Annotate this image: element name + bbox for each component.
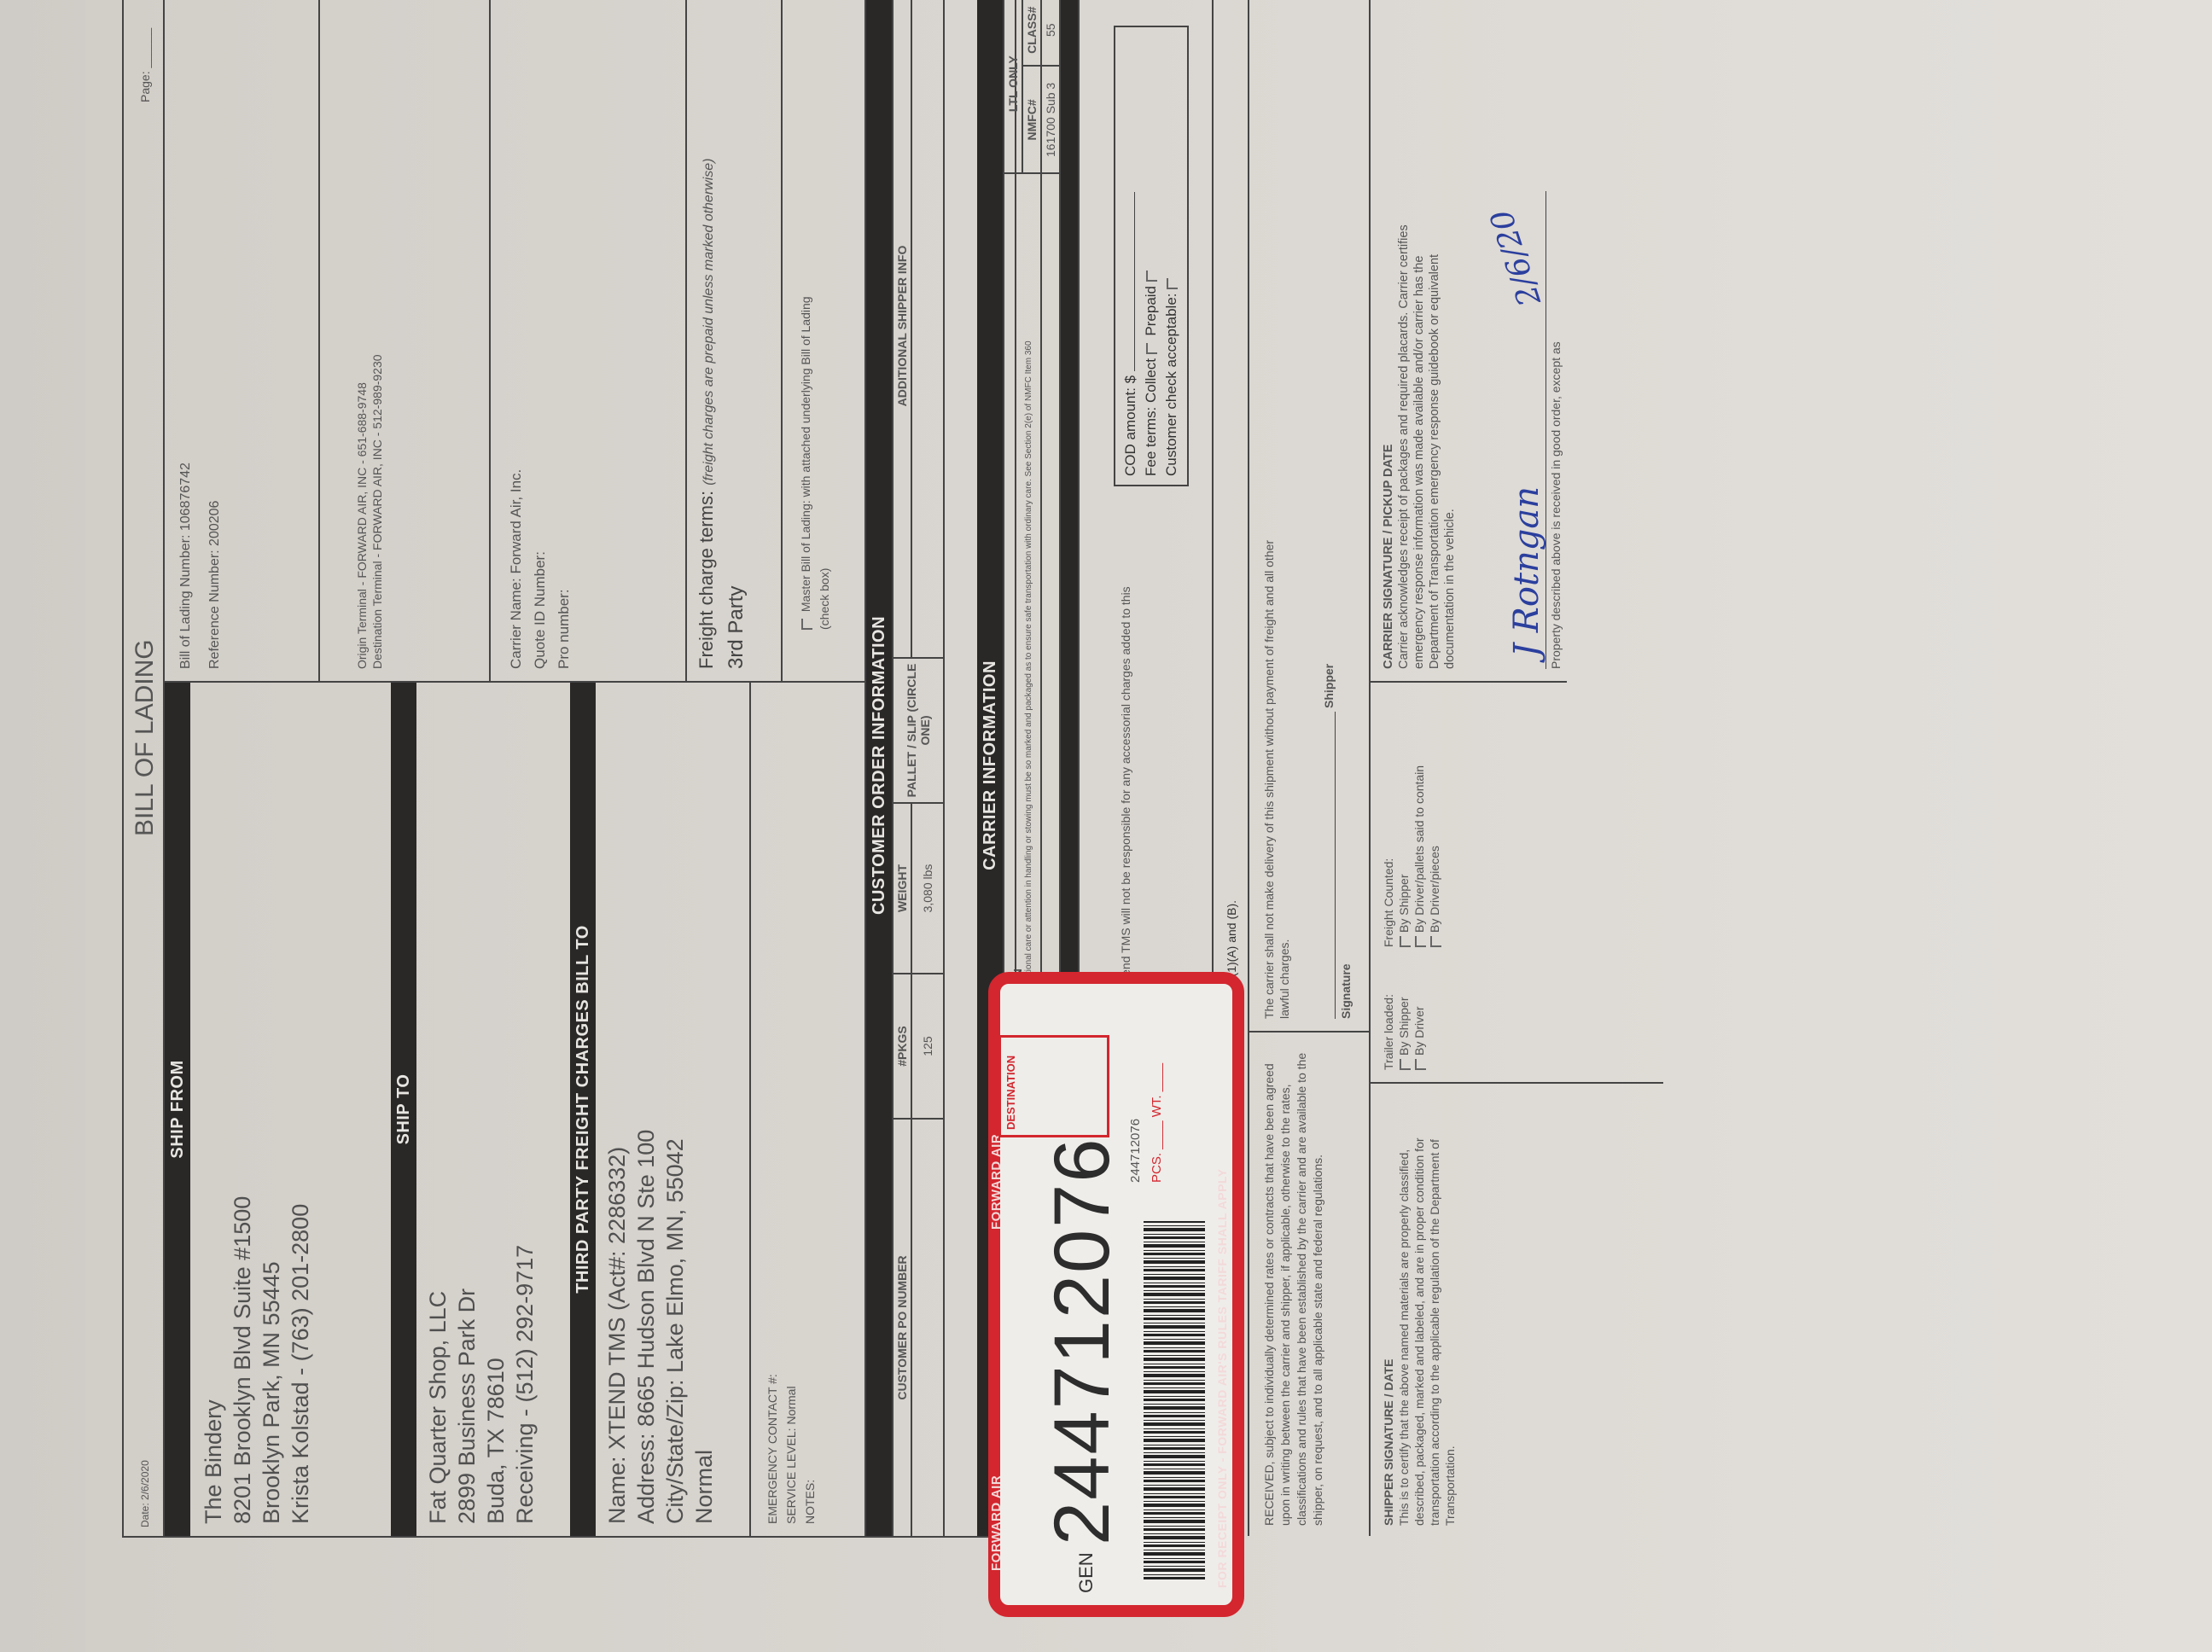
page-title: BILL OF LADING bbox=[131, 639, 160, 836]
pcs-label: PCS. bbox=[1150, 1153, 1164, 1183]
sticker-brand: FORWARD AIR bbox=[989, 1134, 1004, 1230]
terminals-section: Origin Terminal - FORWARD AIR, INC - 651… bbox=[318, 0, 489, 683]
freight-terms-section: Freight charge terms: (freight charges a… bbox=[685, 0, 864, 683]
ship-to-address: Fat Quarter Shop, LLC 2899 Business Park… bbox=[416, 683, 546, 1536]
notes-label: NOTES: bbox=[800, 1374, 819, 1524]
handwritten-signature: J Rotngan bbox=[1507, 486, 1546, 657]
third-party-line: Address: 8665 Hudson Blvd N Ste 100 bbox=[632, 695, 661, 1524]
freight-terms-value: 3rd Party bbox=[725, 586, 748, 669]
ship-from-section: SHIP FROM The Bindery 8201 Brooklyn Blvd… bbox=[165, 683, 391, 1536]
barcode bbox=[1144, 1221, 1205, 1579]
column-header: CLASS# bbox=[1022, 0, 1041, 66]
ship-to-section: SHIP TO Fat Quarter Shop, LLC 2899 Busin… bbox=[391, 683, 570, 1536]
master-bol-checkbox[interactable] bbox=[801, 619, 812, 630]
checkbox[interactable] bbox=[1415, 1059, 1426, 1070]
option-label: By Driver/pieces bbox=[1428, 846, 1441, 933]
customer-order-section: CUSTOMER ORDER INFORMATION CUSTOMER PO N… bbox=[864, 0, 958, 1536]
option-label: By Driver/pallets said to contain bbox=[1412, 765, 1426, 933]
ltl-only-header: LTL ONLY bbox=[1004, 0, 1022, 173]
tracking-number: 244712076 bbox=[1038, 1137, 1127, 1546]
third-party-line: Normal bbox=[690, 695, 719, 1524]
signature-label: Signature bbox=[1338, 963, 1353, 1019]
carrier-name: Carrier Name: Forward Air, Inc. bbox=[504, 469, 528, 669]
pallet-slip-cell[interactable]: PALLET / SLIP (CIRCLE ONE) bbox=[893, 658, 944, 803]
emergency-details: EMERGENCY CONTACT #: SERVICE LEVEL: Norm… bbox=[763, 1374, 819, 1524]
freight-terms-note: (freight charges are prepaid unless mark… bbox=[701, 159, 716, 486]
ship-to-heading: SHIP TO bbox=[391, 683, 416, 1536]
divider bbox=[1249, 1031, 1369, 1032]
carrier-signature-block: CARRIER SIGNATURE / PICKUP DATE Carrier … bbox=[1381, 191, 1458, 669]
ship-from-line: Brooklyn Park, MN 55445 bbox=[257, 695, 286, 1524]
checkbox[interactable] bbox=[1415, 936, 1426, 947]
ship-from-line: Krista Kolstad - (763) 201-2800 bbox=[286, 695, 315, 1524]
checkbox[interactable] bbox=[1400, 936, 1411, 947]
bol-number: Bill of Lading Number: 106876742 bbox=[178, 462, 194, 669]
forward-air-sticker: FORWARD AIR FORWARD AIR GEN 244712076 DE… bbox=[988, 972, 1244, 1617]
header-row: Date: 2/6/2020 BILL OF LADING Page: ____… bbox=[124, 0, 165, 1536]
option-label: By Shipper bbox=[1397, 998, 1411, 1056]
nmfc-cell: 161700 Sub 3 bbox=[1041, 66, 1060, 173]
sticker-prefix: GEN bbox=[1075, 1552, 1097, 1593]
trailer-loaded-label: Trailer loaded: bbox=[1381, 994, 1396, 1070]
third-party-section: THIRD PARTY FREIGHT CHARGES BILL TO Name… bbox=[570, 683, 749, 1536]
freight-terms-row: Freight charge terms: (freight charges a… bbox=[696, 159, 718, 670]
master-bol-row: Master Bill of Lading: with attached und… bbox=[798, 296, 832, 630]
checkbox[interactable] bbox=[1400, 1059, 1411, 1070]
origin-terminal: Origin Terminal - FORWARD AIR, INC - 651… bbox=[354, 382, 370, 669]
option-label: By Shipper bbox=[1397, 875, 1411, 933]
column-header: WEIGHT bbox=[893, 803, 911, 974]
prepaid-label: Prepaid bbox=[1143, 286, 1159, 336]
shipper-signature-block: SHIPPER SIGNATURE / DATE This is to cert… bbox=[1381, 1099, 1458, 1526]
service-level: SERVICE LEVEL: Normal bbox=[782, 1374, 800, 1524]
freight-counted-option[interactable]: By Driver/pieces bbox=[1427, 765, 1442, 947]
emergency-contact: EMERGENCY CONTACT #: bbox=[763, 1374, 782, 1524]
carrier-signature-heading: CARRIER SIGNATURE / PICKUP DATE bbox=[1381, 191, 1396, 669]
fee-terms-row: Fee terms: Collect Prepaid bbox=[1141, 36, 1161, 476]
check-box-hint: (check box) bbox=[817, 296, 832, 630]
shipper-signature-text: This is to certify that the above named … bbox=[1396, 1099, 1458, 1526]
shipper-label: Shipper bbox=[1321, 664, 1336, 708]
ship-from-line: 8201 Brooklyn Blvd Suite #1500 bbox=[228, 695, 257, 1524]
ship-to-line: Fat Quarter Shop, LLC bbox=[423, 695, 452, 1524]
received-good-order-text: Property described above is received in … bbox=[1548, 341, 1563, 669]
signature-section: SHIPPER SIGNATURE / DATE This is to cert… bbox=[1369, 0, 1663, 1536]
shipper-signature-heading: SHIPPER SIGNATURE / DATE bbox=[1381, 1099, 1396, 1526]
freight-counted-option[interactable]: By Driver/pallets said to contain bbox=[1412, 765, 1427, 947]
received-section: RECEIVED, subject to individually determ… bbox=[1249, 0, 1369, 1536]
cod-amount-row: COD amount: $ bbox=[1121, 36, 1141, 476]
wt-label: WT. bbox=[1150, 1095, 1164, 1117]
master-bol-label: Master Bill of Lading: with attached und… bbox=[799, 296, 812, 612]
divider bbox=[1371, 681, 1567, 683]
destination-terminal: Destination Terminal - FORWARD AIR, INC … bbox=[370, 354, 385, 669]
weight-cell: 3,080 lbs bbox=[911, 803, 944, 974]
destination-box: DESTINATION bbox=[998, 1035, 1109, 1137]
page-label: Page: bbox=[138, 71, 152, 102]
ship-from-line: The Bindery bbox=[199, 695, 228, 1524]
no-delivery-text: The carrier shall not make delivery of t… bbox=[1261, 507, 1292, 1019]
prepaid-checkbox[interactable] bbox=[1146, 270, 1157, 282]
option-label: By Driver bbox=[1412, 1006, 1426, 1056]
freight-terms-label: Freight charge terms: bbox=[696, 491, 717, 669]
pkgs-cell: 125 bbox=[911, 974, 944, 1119]
carrier-details: Carrier Name: Forward Air, Inc. Quote ID… bbox=[504, 469, 576, 669]
column-header: CUSTOMER PO NUMBER bbox=[893, 1119, 911, 1537]
collect-checkbox[interactable] bbox=[1146, 343, 1157, 354]
customer-order-table: CUSTOMER PO NUMBER #PKGS WEIGHT PALLET /… bbox=[892, 0, 945, 1538]
table-header-row: CUSTOMER PO NUMBER #PKGS WEIGHT PALLET /… bbox=[893, 0, 911, 1537]
ship-from-heading: SHIP FROM bbox=[165, 683, 190, 1536]
customer-check-checkbox[interactable] bbox=[1167, 278, 1178, 289]
ship-from-address: The Bindery 8201 Brooklyn Blvd Suite #15… bbox=[190, 683, 323, 1536]
freight-counted-block: Freight Counted: By Shipper By Driver/pa… bbox=[1381, 765, 1442, 947]
bol-info-section: Bill of Lading Number: 106876742 Referen… bbox=[165, 0, 318, 683]
pcs-wt-row: PCS. ____ WT. ____ bbox=[1150, 1063, 1164, 1183]
divider bbox=[1371, 1082, 1663, 1084]
trailer-loaded-block: Trailer loaded: By Shipper By Driver bbox=[1381, 994, 1427, 1070]
column-header: NMFC# bbox=[1022, 66, 1041, 173]
cod-amount-label: COD amount: $ bbox=[1122, 375, 1138, 476]
class-cell: 55 bbox=[1041, 0, 1060, 66]
carrier-signature-text: Carrier acknowledges receipt of packages… bbox=[1396, 191, 1458, 669]
third-party-heading: THIRD PARTY FREIGHT CHARGES BILL TO bbox=[570, 683, 596, 1536]
customer-check-label: Customer check acceptable: bbox=[1163, 294, 1179, 477]
third-party-line: Name: XTEND TMS (Act#: 2286332) bbox=[602, 695, 632, 1524]
quote-id: Quote ID Number: bbox=[528, 469, 552, 669]
sticker-small-number: 244712076 bbox=[1128, 1119, 1143, 1183]
third-party-line: City/State/Zip: Lake Elmo, MN, 55042 bbox=[661, 695, 690, 1524]
third-party-address: Name: XTEND TMS (Act#: 2286332) Address:… bbox=[596, 683, 725, 1536]
bill-of-lading-form: Date: 2/6/2020 BILL OF LADING Page: ____… bbox=[122, 0, 1016, 1538]
fee-terms-label: Fee terms: Collect bbox=[1143, 358, 1159, 476]
date-value: 2/6/2020 bbox=[139, 1460, 151, 1500]
freight-counted-label: Freight Counted: bbox=[1381, 765, 1396, 947]
received-text: RECEIVED, subject to individually determ… bbox=[1261, 1048, 1326, 1526]
column-header: ADDITIONAL SHIPPER INFO bbox=[893, 0, 911, 658]
ship-to-line: Buda, TX 78610 bbox=[481, 695, 510, 1524]
destination-label: DESTINATION bbox=[1004, 1056, 1017, 1130]
date-label: Date: bbox=[139, 1503, 151, 1527]
column-header: #PKGS bbox=[893, 974, 911, 1119]
trailer-loaded-option[interactable]: By Shipper bbox=[1396, 994, 1412, 1070]
customer-order-heading: CUSTOMER ORDER INFORMATION bbox=[866, 0, 892, 1536]
trailer-loaded-option[interactable]: By Driver bbox=[1412, 994, 1427, 1070]
ship-to-line: 2899 Business Park Dr bbox=[452, 695, 481, 1524]
cod-amount-input[interactable] bbox=[1134, 192, 1135, 371]
date-field: Date: 2/6/2020 bbox=[137, 1460, 153, 1527]
page-number-field: Page: ______ bbox=[137, 28, 153, 102]
divider bbox=[781, 0, 783, 681]
sticker-brand: FORWARD AIR bbox=[989, 1475, 1004, 1571]
po-number-cell bbox=[911, 1119, 944, 1537]
ship-to-line: Receiving - (512) 292-9717 bbox=[510, 695, 539, 1524]
cod-box: COD amount: $ Fee terms: Collect Prepaid… bbox=[1114, 26, 1189, 486]
additional-info-cell bbox=[911, 0, 944, 658]
shipper-signature-line[interactable] bbox=[1335, 712, 1336, 1019]
emergency-section: EMERGENCY CONTACT #: SERVICE LEVEL: Norm… bbox=[749, 683, 864, 1536]
freight-counted-option[interactable]: By Shipper bbox=[1396, 765, 1412, 947]
handwritten-date: 2/6/20 bbox=[1484, 206, 1548, 311]
carrier-section: Carrier Name: Forward Air, Inc. Quote ID… bbox=[489, 0, 685, 683]
carrier-signature-line[interactable] bbox=[1545, 191, 1546, 669]
checkbox[interactable] bbox=[1430, 936, 1441, 947]
sticker-footer: FOR RECEIPT ONLY - FORWARD AIR'S RULES T… bbox=[1215, 1168, 1229, 1588]
customer-check-row: Customer check acceptable: bbox=[1161, 36, 1182, 476]
pro-number: Pro number: bbox=[552, 469, 576, 669]
reference-number: Reference Number: 200206 bbox=[207, 501, 223, 669]
